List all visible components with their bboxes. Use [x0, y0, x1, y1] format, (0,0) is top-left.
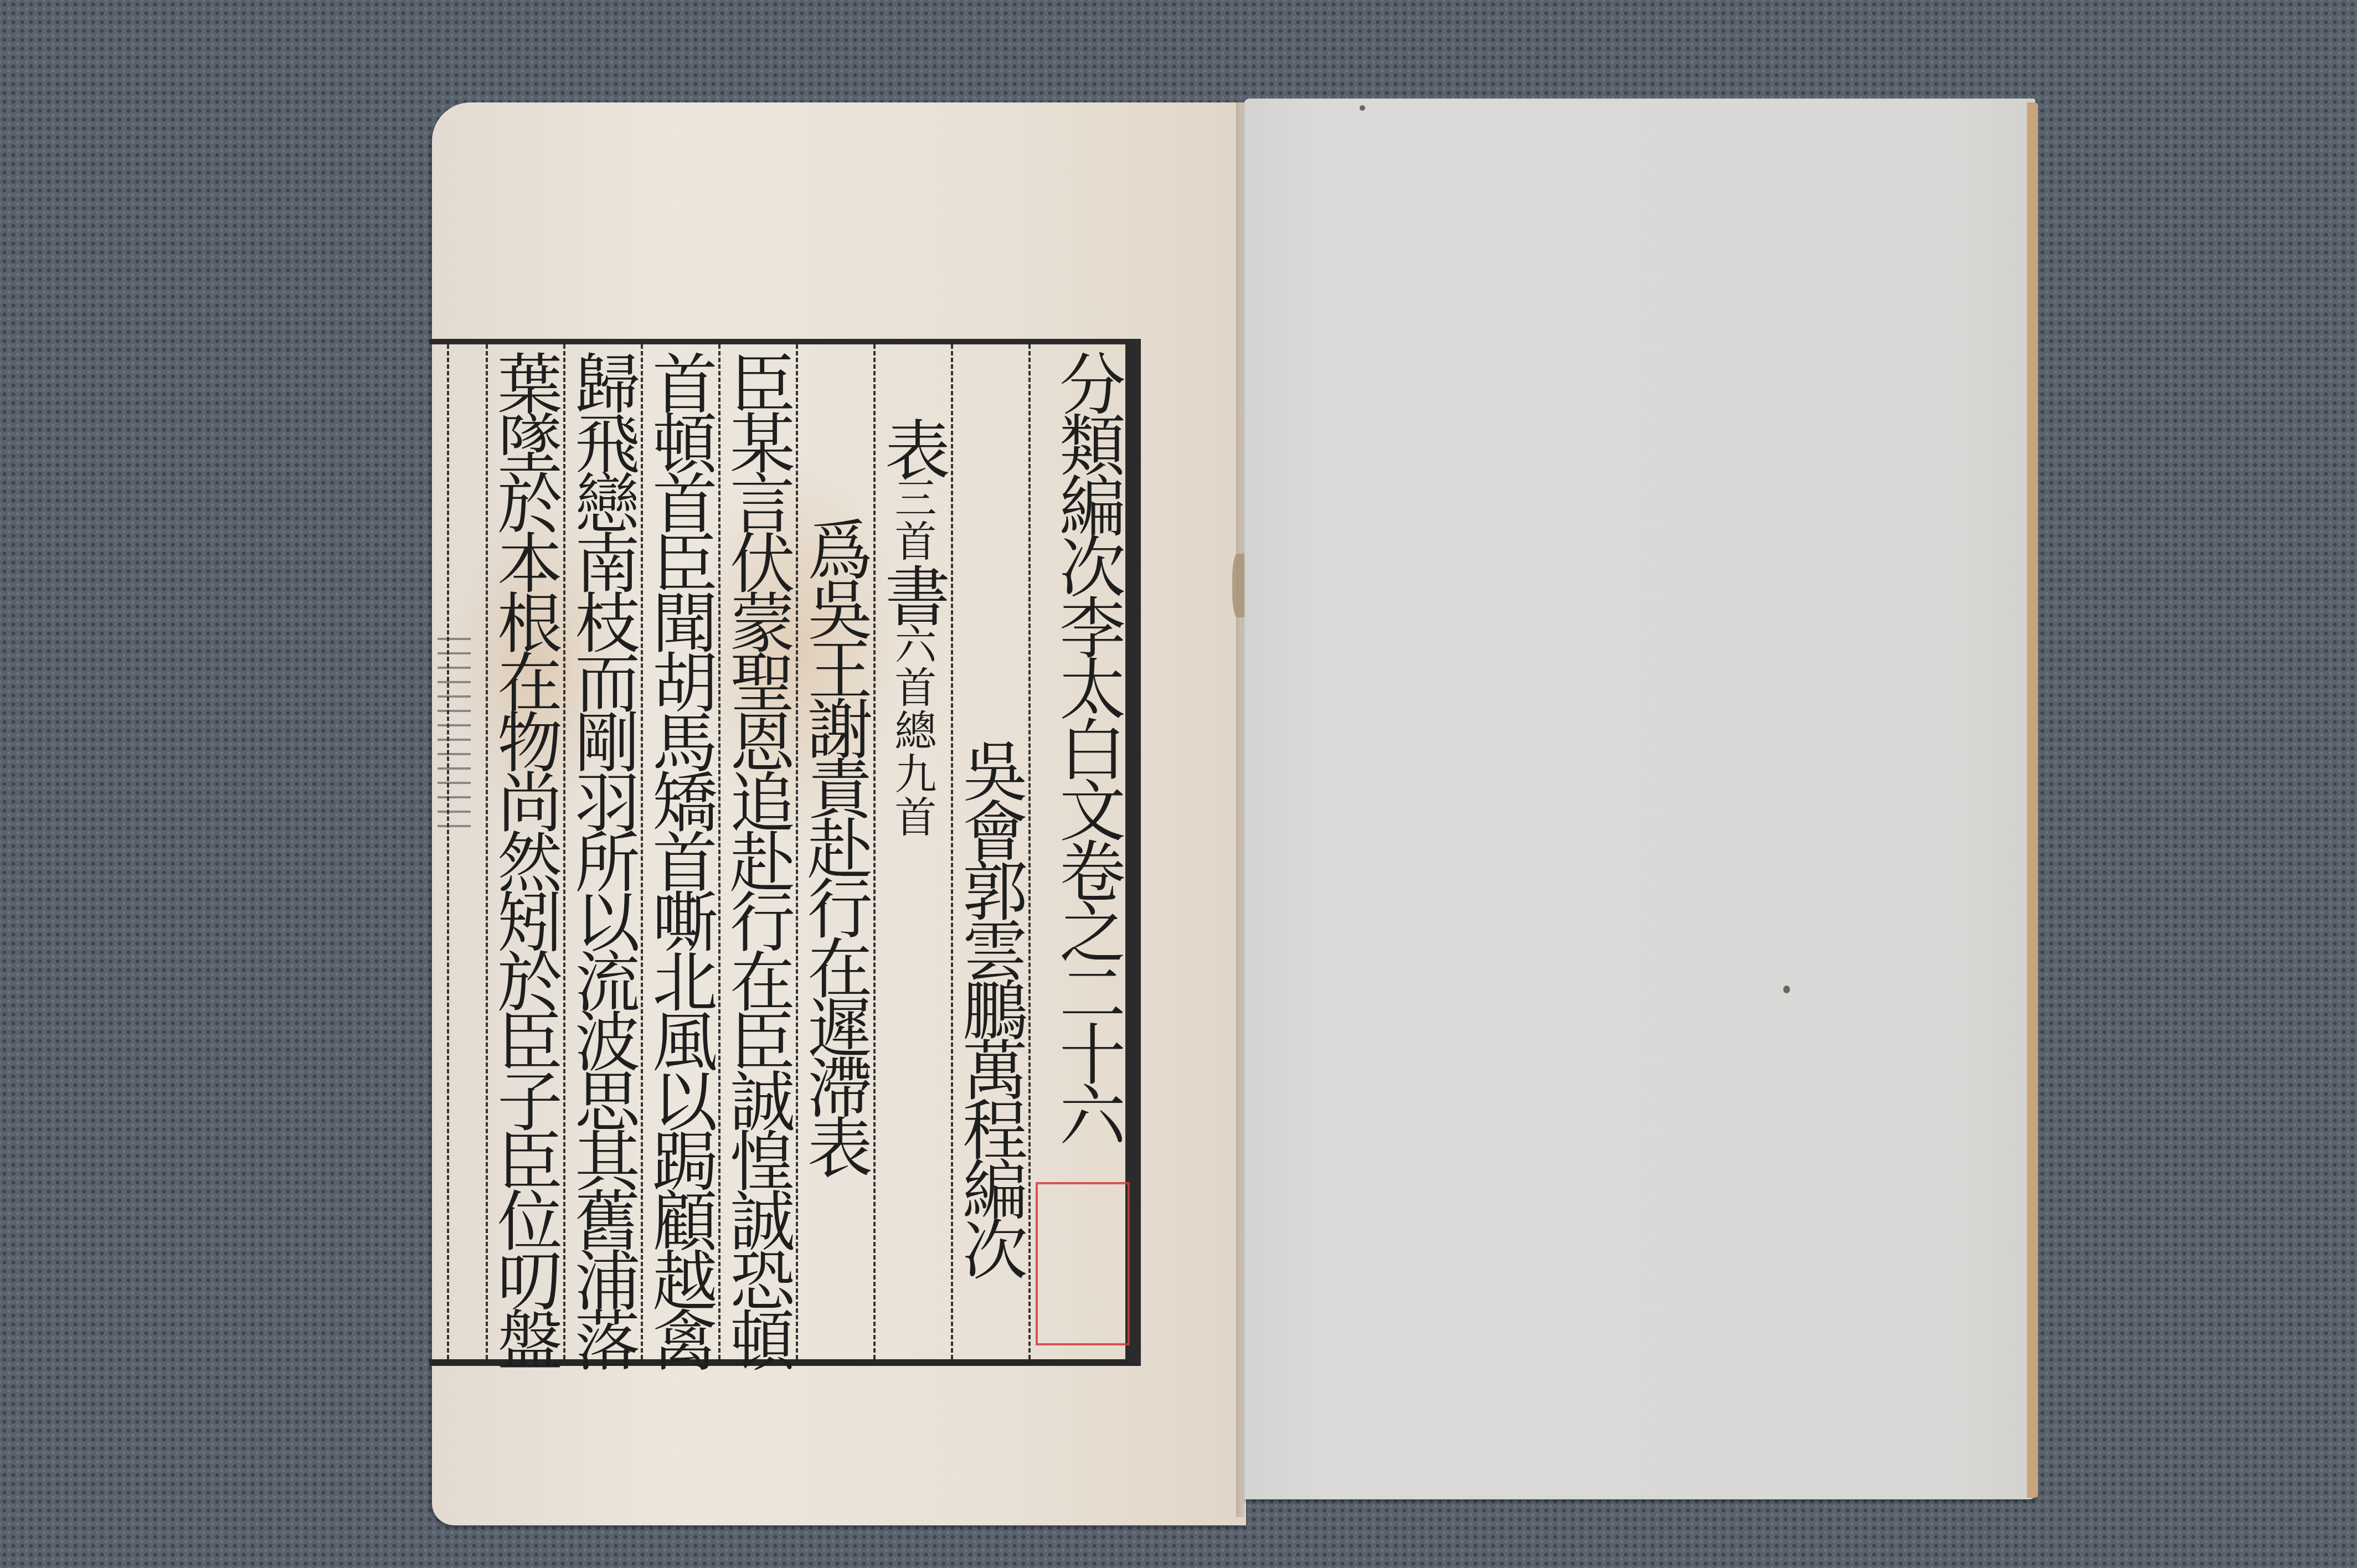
contents-head-biao: 表 [874, 416, 950, 476]
contents-note-shu: 六首總九首 [888, 622, 937, 838]
red-collector-seal [1036, 1182, 1130, 1345]
section-title: 爲吳王謝責赴行在遲滯表 [796, 516, 873, 1174]
gutter-stain [1232, 554, 1244, 617]
contents-note-biao: 三首 [888, 476, 937, 563]
column-body-1: 臣某言伏蒙聖恩追赴行在臣誠惶誠恐頓 [718, 344, 796, 1359]
column-body-4: 葉墜於本根在物尚然矧於臣子臣位叨盤 [486, 344, 563, 1359]
book-gutter [1236, 100, 1245, 1517]
compiler-credit: 吳會郭雲鵬萬程編次 [951, 737, 1028, 1276]
column-compiler: 吳會郭雲鵬萬程編次 [951, 344, 1028, 1359]
printed-text-frame: 分類編次李太白文卷之二十六 吳會郭雲鵬萬程編次 表三首書六首總九首 爲吳王謝責赴… [429, 339, 1141, 1366]
body-text-line: 歸飛戀南枝而剛羽所以流波思其舊浦落 [564, 350, 640, 1366]
body-text-line: 臣某言伏蒙聖恩追赴行在臣誠惶誠恐頓 [719, 350, 795, 1366]
body-text-line: 首頓首臣聞胡馬矯首嘶北風以跼顧越禽 [641, 350, 718, 1366]
column-body-3: 歸飛戀南枝而剛羽所以流波思其舊浦落 [563, 344, 641, 1359]
book-title: 分類編次李太白文卷之二十六 [1048, 350, 1125, 1142]
column-margin [447, 344, 486, 1359]
paper-speck [1360, 105, 1365, 111]
contents-head-shu: 書 [874, 563, 950, 622]
column-body-2: 首頓首臣聞胡馬矯首嘶北風以跼顧越禽 [641, 344, 718, 1359]
body-text-line: 葉墜於本根在物尚然矧於臣子臣位叨盤 [486, 350, 563, 1366]
open-book: 分類編次李太白文卷之二十六 吳會郭雲鵬萬程編次 表三首書六首總九首 爲吳王謝責赴… [0, 0, 2357, 1568]
text-columns: 分類編次李太白文卷之二十六 吳會郭雲鵬萬程編次 表三首書六首總九首 爲吳王謝責赴… [447, 344, 1125, 1359]
column-section-title: 爲吳王謝責赴行在遲滯表 [796, 344, 873, 1359]
right-page-edge [2027, 102, 2038, 1498]
paper-speck [1783, 986, 1790, 993]
column-contents: 表三首書六首總九首 [873, 344, 951, 1359]
right-page-blank [1243, 99, 2035, 1499]
